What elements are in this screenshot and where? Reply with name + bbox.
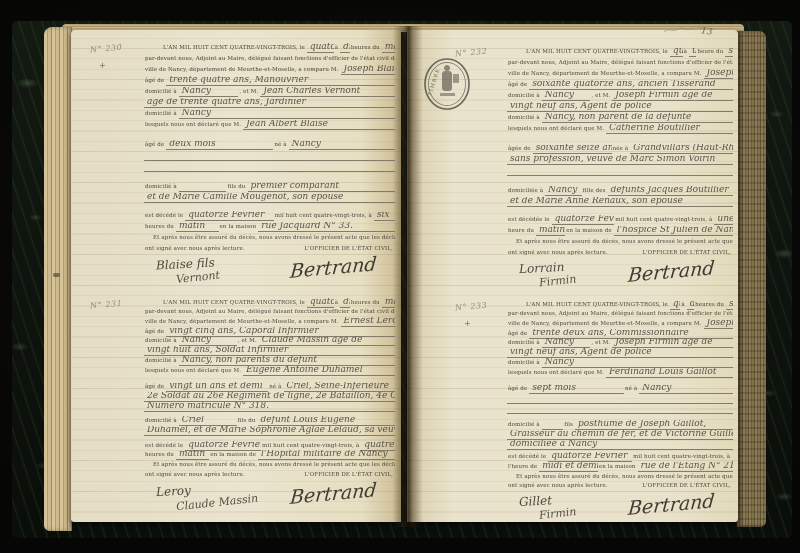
handwritten-entry: quatre: [361, 441, 395, 451]
handwritten-entry: 2e Soldat au 26e Régiment de ligne, 2e B…: [144, 392, 395, 402]
printed-text: L'OFFICIER DE L'ÉTAT CIVIL,: [303, 472, 395, 480]
death-record-233: N° 233 + L'AN MIL HUIT CENT QUATRE-VINGT…: [407, 300, 738, 528]
handwritten-entry: une: [714, 215, 733, 225]
death-record-232: N° 232 L'AN MIL HUIT CENT QUATRE-VINGT-T…: [407, 46, 738, 295]
handwritten-entry: vingt cinq ans, Caporal Infirmier: [166, 327, 395, 337]
printed-text: L'AN MIL HUIT CENT QUATRE-VINGT-TROIS, l…: [162, 300, 307, 308]
handwritten-entry: Criel, Seine-Inférieure: [284, 382, 395, 392]
printed-text: âgé de: [144, 78, 166, 86]
death-record-230: N° 230 + L'AN MIL HUIT CENT QUATRE-VINGT…: [71, 42, 401, 291]
record-text: L'AN MIL HUIT CENT QUATRE-VINGT-TROIS, l…: [144, 298, 395, 480]
blank-underline: [732, 453, 733, 462]
printed-text: L'OFFICIER DE L'ÉTAT CIVIL,: [303, 246, 395, 254]
handwritten-entry: Nancy: [179, 87, 239, 97]
signature-row: GilletFirmin Bertrand: [519, 494, 721, 528]
printed-text: ville de Nancy, département de Meurthe-e…: [144, 67, 341, 75]
handwritten-entry: Joseph Lorrain,: [704, 69, 734, 79]
signature-row: LeroyClaude Massin Bertrand: [156, 483, 383, 517]
handwritten-entry: et de Marie Anne Renaux, son épouse: [507, 197, 733, 207]
handwritten-entry: deux: [687, 300, 694, 310]
printed-text: domicilié à: [507, 115, 542, 123]
handwritten-entry: l'hospice St Julien de Nancy: [614, 226, 733, 236]
declarant-signatures: LorrainFirmin: [519, 261, 564, 287]
printed-text: L'AN MIL HUIT CENT QUATRE-VINGT-TROIS, l…: [525, 302, 670, 310]
printed-text: ont signé avec nous après lecture.: [144, 472, 247, 480]
handwritten-entry: matin: [382, 298, 395, 308]
handwritten-entry: Jean Charles Vernont: [260, 87, 395, 97]
printed-text: heures du: [350, 45, 382, 53]
record-number: N° 231: [90, 299, 123, 311]
handwritten-entry: quatorze Février: [185, 211, 274, 221]
printed-text: est décédée le: [507, 217, 552, 225]
handwritten-entry: domiciliée à Nancy: [507, 440, 650, 450]
printed-text: Et après nous être assuré du décès, nous…: [515, 239, 733, 247]
printed-text: âgé de: [507, 386, 529, 394]
handwritten-entry: Nancy: [639, 384, 733, 394]
handwritten-entry: Joseph Firmin âgé de: [612, 338, 733, 348]
handwritten-entry: posthume de Joseph Gaillot,: [575, 420, 733, 430]
handwritten-entry: matin: [536, 226, 565, 236]
blank-underline: [507, 405, 733, 414]
printed-text: heures du: [144, 452, 176, 460]
printed-text: domiciliée à: [507, 188, 545, 196]
handwritten-entry: deux mois: [166, 140, 273, 150]
printed-text: par-devant nous, Adjoint au Maire, délég…: [507, 311, 733, 319]
handwritten-entry: l'Hôpital militaire de Nancy: [258, 450, 395, 460]
printed-text: heures du: [694, 302, 726, 310]
handwritten-entry: Ernest Leroy,: [341, 317, 396, 327]
blank-underline: [507, 395, 733, 404]
printed-text: ville de Nancy, département de Meurthe-e…: [507, 71, 704, 79]
printed-text: L'AN MIL HUIT CENT QUATRE-VINGT-TROIS, l…: [525, 49, 670, 57]
handwritten-entry: quatorze Février: [307, 298, 334, 308]
printed-text: lesquels nous ont déclaré que M.: [144, 368, 243, 376]
printed-text: lesquels nous ont déclaré que M.: [507, 126, 606, 134]
record-text: L'AN MIL HUIT CENT QUATRE-VINGT-TROIS, l…: [144, 42, 395, 254]
record-number: N° 232: [455, 47, 488, 59]
handwritten-entry: soixante seize ans,: [533, 144, 612, 154]
printed-text: par-devant nous, Adjoint au Maire, délég…: [144, 56, 395, 64]
officer-signature: Bertrand: [289, 479, 377, 509]
handwritten-entry: Nancy: [545, 186, 581, 196]
handwritten-entry: trente deux ans, Commissionnaire: [529, 329, 733, 339]
printed-text: en la maison de: [565, 228, 614, 236]
declarant-signatures: Blaise filsVernont: [156, 257, 215, 283]
blank-underline: [144, 163, 395, 172]
handwritten-entry: vingt un ans et demi: [166, 382, 268, 392]
handwritten-entry: Joseph Blaise,: [341, 65, 396, 75]
blank-underline: [179, 183, 227, 192]
handwritten-entry: quatorze Février: [548, 452, 632, 462]
printed-text: domicilié à: [144, 89, 179, 97]
printed-text: âgé de: [144, 329, 166, 337]
handwritten-entry: Nancy: [542, 91, 591, 101]
page-edges-right: [737, 31, 766, 527]
signature-row: LorrainFirmin Bertrand: [519, 261, 721, 295]
printed-text: domicilié à: [507, 93, 542, 101]
handwritten-entry: Jean Albert Blaise: [243, 120, 395, 130]
officer-signature: Bertrand: [627, 257, 715, 287]
record-number: N° 230: [90, 43, 123, 55]
printed-text: , et M.: [590, 93, 612, 101]
page-number: 13: [700, 26, 713, 37]
printed-text: fils du: [226, 184, 247, 192]
printed-text: par-devant nous, Adjoint au Maire, délég…: [507, 60, 733, 68]
handwritten-entry: Nancy, non parents du défunt: [179, 356, 395, 366]
printed-text: âgée de: [507, 146, 533, 154]
printed-text: heures du: [144, 224, 176, 232]
handwritten-entry: Catherine Boutillier: [606, 124, 733, 134]
handwritten-entry: Claude Massin âgé de: [259, 336, 395, 346]
cross-mark-icon: +: [464, 319, 471, 328]
printed-text: domicilié à: [507, 360, 542, 368]
blank-underline: [144, 152, 395, 161]
handwritten-entry: quatorze Février: [670, 300, 680, 310]
printed-text: âgé de: [144, 142, 166, 150]
handwritten-entry: Grandvillars (Haut-Rhin): [630, 144, 733, 154]
blank-underline: [507, 167, 733, 176]
printed-text: heure du: [507, 228, 536, 236]
left-page: N° 230 + L'AN MIL HUIT CENT QUATRE-VINGT…: [71, 30, 401, 522]
printed-text: L'AN MIL HUIT CENT QUATRE-VINGT-TROIS, l…: [162, 45, 307, 53]
printed-text: ont signé avec nous après lecture.: [507, 250, 610, 258]
handwritten-entry: Ferdinand Louis Gaillot: [606, 368, 733, 378]
printed-text: âgé de: [507, 331, 529, 339]
printed-text: fille des: [582, 188, 608, 196]
handwritten-entry: matin: [176, 222, 219, 232]
blank-underline: [542, 421, 563, 430]
page-edges-left: [44, 27, 72, 531]
printed-text: né à: [624, 386, 639, 394]
death-record-231: N° 231 L'AN MIL HUIT CENT QUATRE-VINGT-T…: [71, 298, 401, 517]
handwritten-entry: matin: [382, 43, 395, 53]
printed-text: mil huit cent quatre-vingt-trois, à: [614, 217, 714, 225]
handwritten-entry: Nancy: [179, 336, 237, 346]
handwritten-entry: midi et demi: [539, 462, 598, 472]
printed-text: L'OFFICIER DE L'ÉTAT CIVIL,: [641, 483, 733, 491]
handwritten-entry: quatorze Février: [670, 47, 683, 57]
handwritten-entry: défunts Jacques Boutillier: [608, 186, 733, 196]
handwritten-entry: quatorze Février: [185, 441, 261, 451]
handwritten-entry: Eugène Antoine Duhamel: [243, 366, 395, 376]
officer-signature: Bertrand: [289, 253, 377, 283]
handwritten-entry: soixante quatorze ans, ancien Tisserand: [529, 80, 733, 90]
printed-text: domicilié à: [144, 358, 179, 366]
handwritten-entry: dix: [340, 298, 350, 308]
handwritten-entry: Nancy: [179, 109, 395, 119]
handwritten-entry: Nancy: [542, 338, 591, 348]
handwritten-entry: quatorze Février: [307, 43, 334, 53]
handwritten-entry: Nancy: [289, 140, 395, 150]
handwritten-entry: matin: [176, 450, 209, 460]
declarant-signature: Firmin: [538, 505, 577, 522]
handwritten-entry: et de Marie Camille Mougenot, son épouse: [144, 193, 395, 203]
officer-signature: Bertrand: [627, 490, 715, 520]
printed-text: né à: [273, 142, 288, 150]
printed-text: âgé de: [507, 82, 529, 90]
printed-text: née à: [612, 146, 631, 154]
printed-text: lesquels nous ont déclaré que M.: [507, 370, 606, 378]
handwritten-entry: rue de l'Étang N° 21.: [638, 462, 733, 472]
handwritten-entry: Criel: [179, 416, 237, 426]
blank-underline: [650, 441, 733, 450]
printed-text: domicilié à: [144, 111, 179, 119]
handwritten-entry: Joseph Gillet,: [704, 319, 734, 329]
handwritten-entry: Numéro matricule N° 318.: [144, 402, 395, 412]
printed-text: en la maison: [219, 224, 259, 232]
handwritten-entry: vingt neuf ans, Agent de police: [507, 348, 733, 358]
handwritten-entry: âgé de trente quatre ans, Jardinier: [144, 98, 395, 108]
handwritten-entry: vingt huit ans, Soldat Infirmier: [144, 346, 395, 356]
declarant-signatures: LeroyClaude Massin: [156, 483, 238, 509]
record-text: L'AN MIL HUIT CENT QUATRE-VINGT-TROIS, l…: [507, 46, 733, 258]
handwritten-entry: Graisseur au chemin de fer, et de Victor…: [507, 430, 733, 440]
cross-mark-icon: +: [99, 61, 106, 70]
handwritten-entry: sans profession, veuve de Marc Simon Voi…: [507, 155, 733, 165]
printed-text: en la maison de: [209, 452, 258, 460]
printed-text: mil huit cent quatre-vingt-trois, à: [274, 213, 374, 221]
printed-text: Et après nous être assuré du décès, nous…: [152, 462, 395, 470]
printed-text: en la maison: [598, 464, 638, 472]
handwritten-entry: sept mois: [529, 384, 624, 394]
handwritten-entry: trente quatre ans, Manouvrier: [166, 76, 395, 86]
printed-text: heure du: [696, 49, 725, 57]
handwritten-entry: Nancy, non parent de la défunte: [542, 113, 733, 123]
handwritten-entry: rue Jacquard N° 33.: [258, 222, 395, 232]
handwritten-entry: vingt neuf ans, Agent de police: [507, 102, 733, 112]
handwritten-entry: Joseph Firmin âgé de: [612, 91, 733, 101]
handwritten-entry: une: [689, 47, 696, 57]
handwritten-entry: dix: [340, 43, 350, 53]
printed-text: Et après nous être assuré du décès, nous…: [515, 474, 733, 482]
printed-text: domicilié à: [144, 184, 179, 192]
handwritten-entry: soir: [725, 47, 733, 57]
printed-text: l'heure de: [507, 464, 539, 472]
printed-text: , et M.: [238, 89, 260, 97]
printed-text: lesquels nous ont déclaré que M.: [144, 122, 243, 130]
printed-text: est décédé le: [144, 213, 185, 221]
record-text: L'AN MIL HUIT CENT QUATRE-VINGT-TROIS, l…: [507, 300, 733, 491]
signature-row: Blaise filsVernont Bertrand: [156, 257, 383, 291]
handwritten-entry: quatorze Février: [552, 215, 615, 225]
right-page: TIMBRE 13 N° 232 L'AN MIL HUIT CENT QUAT…: [407, 30, 738, 522]
printed-text: heures du: [350, 300, 382, 308]
printed-text: L'OFFICIER DE L'ÉTAT CIVIL,: [641, 250, 733, 258]
declarant-signatures: GilletFirmin: [519, 494, 556, 520]
handwritten-entry: soir: [726, 300, 733, 310]
handwritten-entry: Duhamel, et de Marie Sophronie Aglaé Lel…: [144, 426, 395, 436]
handwritten-entry: six: [374, 211, 395, 221]
record-number: N° 233: [455, 301, 488, 313]
handwritten-entry: défunt Louis Eugène: [258, 416, 395, 426]
printed-text: ont signé avec nous après lecture.: [144, 246, 247, 254]
printed-text: Et après nous être assuré du décès, nous…: [152, 235, 395, 243]
handwritten-entry: premier comparant: [248, 182, 396, 192]
handwritten-entry: Nancy: [542, 358, 733, 368]
printed-text: ont signé avec nous après lecture.: [507, 483, 610, 491]
photo-background: N° 230 + L'AN MIL HUIT CENT QUATRE-VINGT…: [0, 0, 800, 553]
